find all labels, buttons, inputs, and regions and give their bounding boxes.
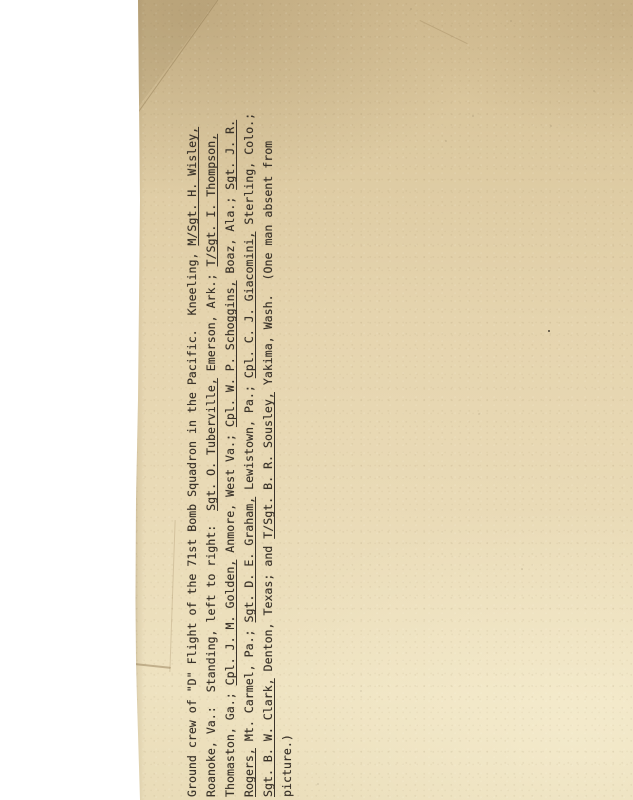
caption-line: Thomaston, Ga.; Cpl. J. M. Golden, Anmor…	[221, 91, 240, 797]
scanned-photo-verso: Ground crew of "D" Flight of the 71st Bo…	[0, 0, 633, 800]
caption-line: picture.)	[278, 91, 297, 797]
caption-underlined-name: Sgt. D. E. Graham,	[242, 497, 256, 623]
typewritten-caption: Ground crew of "D" Flight of the 71st Bo…	[183, 91, 298, 797]
caption-line: Rogers, Mt. Carmel, Pa.; Sgt. D. E. Grah…	[240, 91, 259, 797]
caption-text: picture.)	[280, 734, 294, 797]
caption-text: Yakima, Wash. (One man absent from	[261, 141, 275, 392]
caption-underlined-name: Sgt. J. R.	[223, 120, 237, 190]
caption-line: Ground crew of "D" Flight of the 71st Bo…	[183, 91, 202, 797]
caption-text: Lewistown, Pa.;	[242, 378, 256, 497]
caption-underlined-name: M/Sgt. H. Wisley,	[185, 127, 199, 246]
caption-underlined-name: Cpl. W. P. Schoggins,	[223, 280, 237, 427]
caption-text: Anmore, West Va.;	[223, 427, 237, 560]
caption-text: Boaz, Ala.;	[223, 190, 237, 281]
caption-text: Ground crew of "D" Flight of the 71st Bo…	[185, 246, 199, 797]
caption-underlined-name: T/Sgt. I. Thompson,	[204, 134, 218, 267]
caption-text: Roanoke, Va.: Standing, left to right:	[204, 511, 218, 797]
caption-line: Roanoke, Va.: Standing, left to right: S…	[202, 91, 221, 797]
caption-underlined-name: Cpl. J. M. Golden,	[223, 560, 237, 686]
caption-text: Emerson, Ark.;	[204, 267, 218, 379]
paper-specks	[548, 330, 550, 332]
caption-text: Mt. Carmel, Pa.;	[242, 622, 256, 748]
caption-underlined-name: Sgt. B. W. Clark,	[261, 678, 275, 797]
caption-underlined-name: Rogers,	[242, 748, 256, 797]
photo-back-paper: Ground crew of "D" Flight of the 71st Bo…	[134, 0, 633, 800]
caption-underlined-name: Sgt. O. Tuberville,	[204, 378, 218, 511]
caption-underlined-name: Cpl. C. J. Giacomini,	[242, 232, 256, 379]
caption-text: Thomaston, Ga.;	[223, 685, 237, 797]
caption-text: Sterling, Colo.;	[242, 113, 256, 232]
caption-text: Denton, Texas; and	[261, 539, 275, 679]
caption-underlined-name: T/Sgt. B. R. Sousley,	[261, 392, 275, 539]
caption-line: Sgt. B. W. Clark, Denton, Texas; and T/S…	[259, 91, 278, 797]
